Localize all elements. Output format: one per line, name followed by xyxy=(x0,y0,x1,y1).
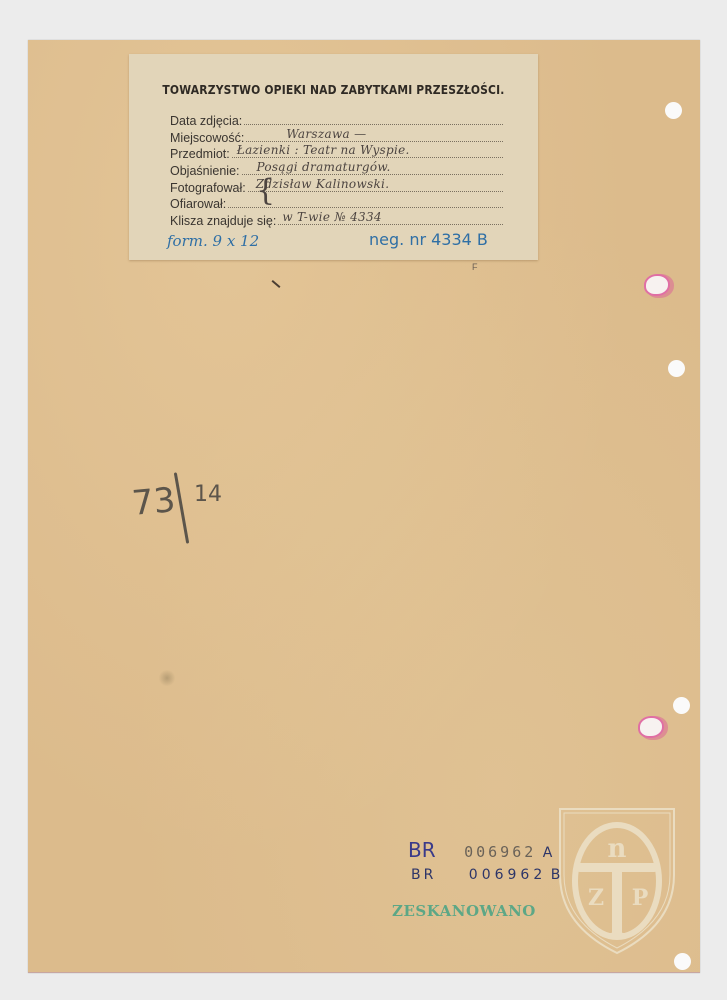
field-value: Łazienki : Teatr na Wyspie. xyxy=(237,143,410,157)
svg-text:Z: Z xyxy=(588,885,604,911)
field-photographer: Fotografował: Zdzisław Kalinowski. xyxy=(170,179,503,195)
field-subject: Przedmiot: Łazienki : Teatr na Wyspie. xyxy=(170,145,503,161)
registry-line-b: BR 006962 B xyxy=(411,866,564,884)
field-donor: Ofiarował: xyxy=(170,195,503,211)
field-value-line: Zdzisław Kalinowski. xyxy=(248,179,503,192)
torn-punch-hole xyxy=(646,276,668,294)
photo-record-card: TOWARZYSTWO OPIEKI NAD ZABYTKAMI PRZESZŁ… xyxy=(129,54,538,260)
registry-prefix: BR xyxy=(411,867,436,883)
field-label: Data zdjęcia: xyxy=(170,114,242,128)
field-value-line: Łazienki : Teatr na Wyspie. xyxy=(232,145,503,158)
archival-sheet: TOWARZYSTWO OPIEKI NAD ZABYTKAMI PRZESZŁ… xyxy=(28,40,700,973)
field-label: Klisza znajduje się: xyxy=(170,214,276,228)
field-label: Fotografował: xyxy=(170,181,246,195)
field-description: Objaśnienie: Posągi dramaturgów. xyxy=(170,162,503,178)
field-value-line: Posągi dramaturgów. xyxy=(242,162,504,175)
field-label: Objaśnienie: xyxy=(170,164,240,178)
field-value-line: w T-wie № 4334 xyxy=(278,212,503,225)
field-value: w T-wie № 4334 xyxy=(282,210,382,224)
registry-number: 006962 xyxy=(464,843,536,861)
field-negative-location: Klisza znajduje się: w T-wie № 4334 xyxy=(170,212,503,228)
field-label: Ofiarował: xyxy=(170,197,226,211)
registry-prefix: BR xyxy=(408,838,436,862)
punch-hole xyxy=(668,360,685,377)
field-photo-date: Data zdjęcia: xyxy=(170,112,503,128)
negative-number-note: neg. nr 4334 B xyxy=(369,230,488,249)
emblem-watermark-icon: n Z P xyxy=(556,805,678,955)
registry-line-a: BR 006962 A xyxy=(408,838,556,862)
field-label: Przedmiot: xyxy=(170,147,230,161)
pencil-slash xyxy=(174,472,189,543)
punch-hole xyxy=(665,102,682,119)
brace-mark: { xyxy=(256,176,275,206)
punch-hole xyxy=(673,697,690,714)
registry-number: 006962 xyxy=(469,867,546,883)
field-value-line: Warszawa — xyxy=(246,129,503,142)
field-value: Zdzisław Kalinowski. xyxy=(256,177,390,191)
pencil-tick-mark xyxy=(272,280,281,288)
pencil-note-left: 73 xyxy=(130,480,177,524)
stain-mark xyxy=(158,670,176,686)
scanned-stamp: ZESKANOWANO xyxy=(392,902,536,920)
registry-suffix: A xyxy=(543,845,557,861)
margin-mark: F xyxy=(472,262,478,272)
punch-hole xyxy=(674,953,691,970)
field-value: Warszawa — xyxy=(286,127,366,141)
registry-suffix: B xyxy=(551,867,565,883)
svg-text:P: P xyxy=(632,885,649,911)
field-value: Posągi dramaturgów. xyxy=(257,160,391,174)
svg-text:n: n xyxy=(608,834,627,864)
format-note: form. 9 x 12 xyxy=(167,232,259,250)
pencil-note-right: 14 xyxy=(194,482,222,507)
field-value-line xyxy=(244,112,503,125)
card-title: TOWARZYSTWO OPIEKI NAD ZABYTKAMI PRZESZŁ… xyxy=(158,82,510,97)
field-label: Miejscowość: xyxy=(170,131,244,145)
torn-punch-hole xyxy=(640,718,662,736)
